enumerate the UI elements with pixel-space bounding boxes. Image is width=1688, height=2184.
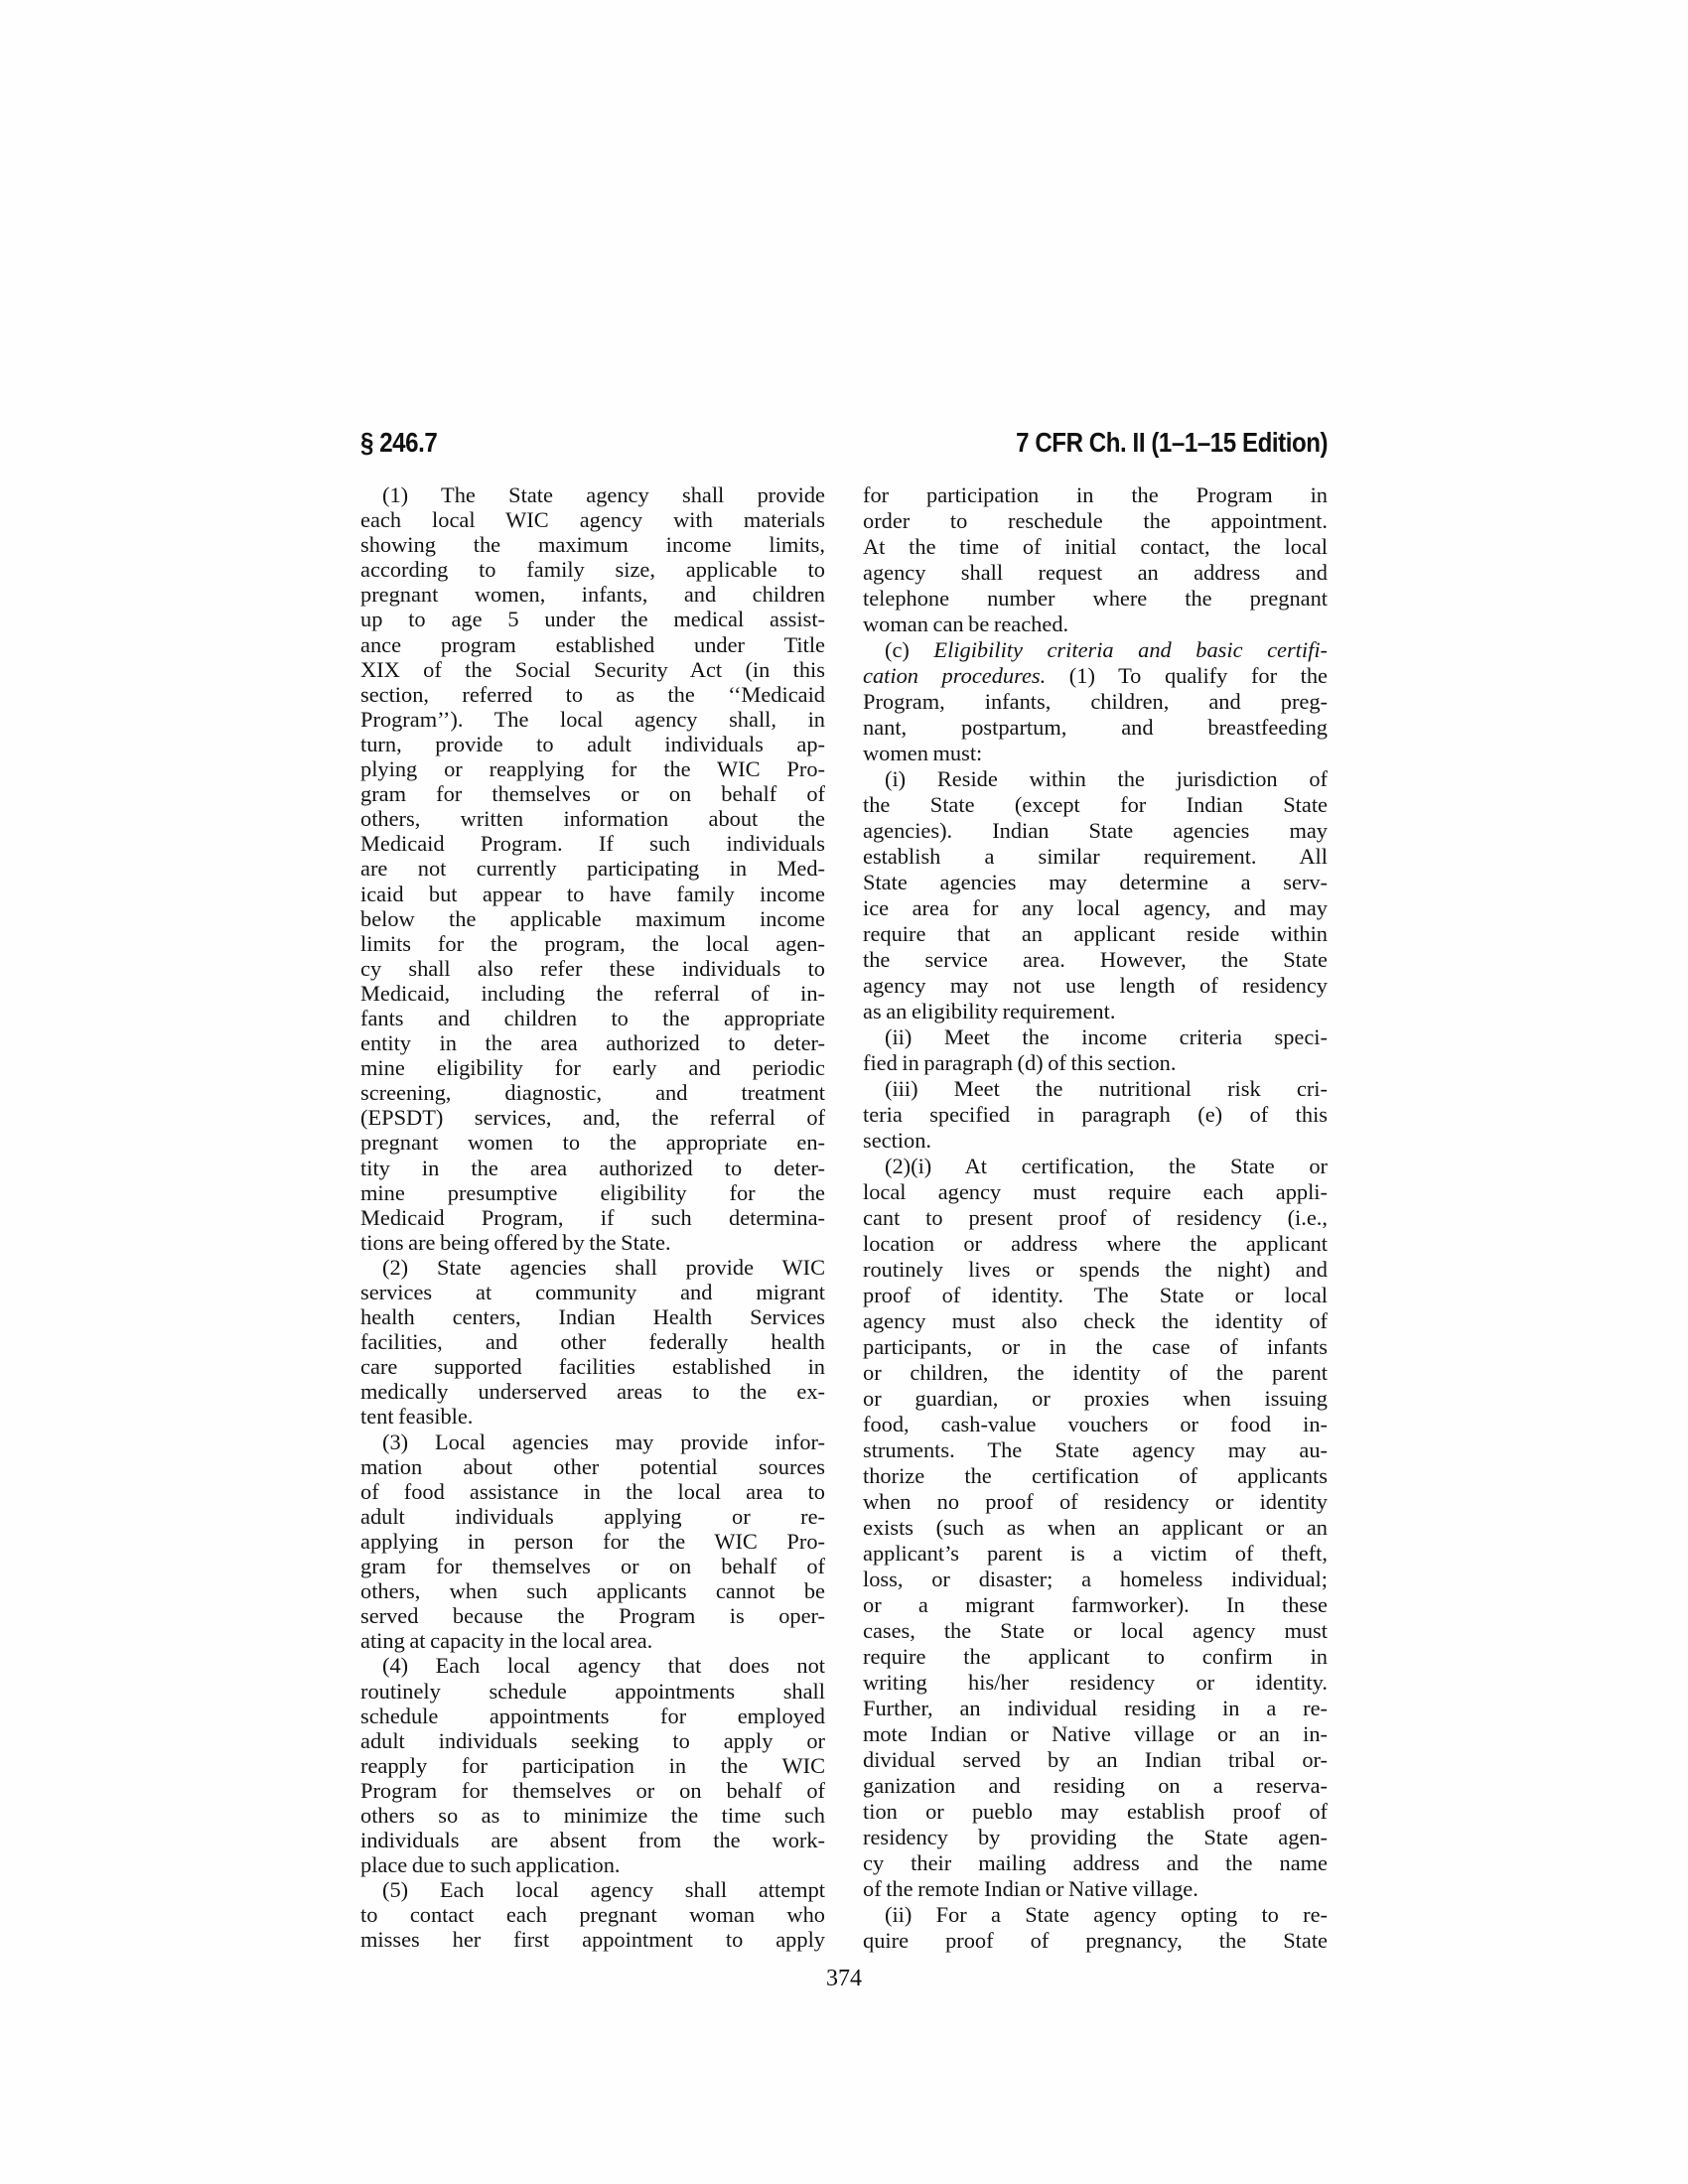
text-line: or a migrant farmworker). In these bbox=[863, 1592, 1328, 1618]
text-line: (1) The State agency shall provide bbox=[360, 482, 825, 507]
text-line: (2)(i) At certification, the State or bbox=[863, 1154, 1328, 1179]
text-line: facilities, and other federally health bbox=[360, 1329, 825, 1354]
text-line: screening, diagnostic, and treatment bbox=[360, 1080, 825, 1105]
text-line: (4) Each local agency that does not bbox=[360, 1653, 825, 1678]
text-line: icaid but appear to have family income bbox=[360, 882, 825, 906]
document-page: § 246.7 7 CFR Ch. II (1–1–15 Edition) (1… bbox=[0, 0, 1688, 2184]
text-line: agencies). Indian State agencies may bbox=[863, 818, 1328, 844]
text-line: below the applicable maximum income bbox=[360, 906, 825, 931]
text-line: limits for the program, the local agen- bbox=[360, 931, 825, 956]
text-line: mine presumptive eligibility for the bbox=[360, 1180, 825, 1205]
text-line: adult individuals applying or re- bbox=[360, 1504, 825, 1529]
text-line: plying or reapplying for the WIC Pro- bbox=[360, 756, 825, 781]
text-line: woman can be reached. bbox=[863, 612, 1328, 637]
text-line: (ii) Meet the income criteria speci- bbox=[863, 1024, 1328, 1050]
text-line: services at community and migrant bbox=[360, 1280, 825, 1304]
text-line: routinely lives or spends the night) and bbox=[863, 1257, 1328, 1283]
text-line: others, written information about the bbox=[360, 806, 825, 831]
text-line: schedule appointments for employed bbox=[360, 1704, 825, 1728]
text-line: (EPSDT) services, and, the referral of bbox=[360, 1105, 825, 1130]
text-line: or guardian, or proxies when issuing bbox=[863, 1386, 1328, 1412]
text-line: require that an applicant reside within bbox=[863, 921, 1328, 947]
text-line: residency by providing the State agen- bbox=[863, 1825, 1328, 1850]
page-number: 374 bbox=[0, 1966, 1688, 1992]
text-line: routinely schedule appointments shall bbox=[360, 1679, 825, 1704]
text-line: agency shall request an address and bbox=[863, 560, 1328, 586]
text-line: section, referred to as the ‘‘Medicaid bbox=[360, 682, 825, 707]
line-prefix: (c) bbox=[885, 637, 933, 662]
text-line: fied in paragraph (d) of this section. bbox=[863, 1050, 1328, 1076]
text-line: each local WIC agency with materials bbox=[360, 507, 825, 532]
text-line: (5) Each local agency shall attempt bbox=[360, 1877, 825, 1902]
text-line: pregnant women, infants, and children bbox=[360, 582, 825, 607]
text-line: cy shall also refer these individuals to bbox=[360, 956, 825, 981]
text-line: Medicaid Program, if such determina- bbox=[360, 1205, 825, 1230]
text-line: food, cash-value vouchers or food in- bbox=[863, 1412, 1328, 1437]
italic-heading: cation procedures. bbox=[863, 663, 1046, 688]
text-line: of food assistance in the local area to bbox=[360, 1479, 825, 1504]
text-line: cy their mailing address and the name bbox=[863, 1850, 1328, 1876]
text-line: exists (such as when an applicant or an bbox=[863, 1515, 1328, 1541]
text-line: (2) State agencies shall provide WIC bbox=[360, 1255, 825, 1280]
text-line: (i) Reside within the jurisdiction of bbox=[863, 766, 1328, 792]
text-line: At the time of initial contact, the loca… bbox=[863, 534, 1328, 560]
text-line: proof of identity. The State or local bbox=[863, 1283, 1328, 1308]
text-line: applicant’s parent is a victim of theft, bbox=[863, 1541, 1328, 1567]
text-line: individuals are absent from the work- bbox=[360, 1828, 825, 1852]
text-line: establish a similar requirement. All bbox=[863, 844, 1328, 870]
text-line: ganization and residing on a reserva- bbox=[863, 1773, 1328, 1799]
text-line: Medicaid, including the referral of in- bbox=[360, 981, 825, 1006]
cfr-edition-header: 7 CFR Ch. II (1–1–15 Edition) bbox=[1016, 427, 1328, 459]
text-line: order to reschedule the appointment. bbox=[863, 508, 1328, 534]
text-line: State agencies may determine a serv- bbox=[863, 870, 1328, 895]
text-line: require the applicant to confirm in bbox=[863, 1644, 1328, 1670]
text-line: to contact each pregnant woman who bbox=[360, 1902, 825, 1927]
text-line: the service area. However, the State bbox=[863, 947, 1328, 973]
text-line: agency must also check the identity of bbox=[863, 1308, 1328, 1334]
text-line: or children, the identity of the parent bbox=[863, 1360, 1328, 1386]
text-line: (ii) For a State agency opting to re- bbox=[863, 1902, 1328, 1928]
text-line: others, when such applicants cannot be bbox=[360, 1578, 825, 1603]
text-line: ating at capacity in the local area. bbox=[360, 1628, 825, 1653]
text-line: of the remote Indian or Native village. bbox=[863, 1876, 1328, 1902]
text-line: telephone number where the pregnant bbox=[863, 586, 1328, 612]
text-line: others so as to minimize the time such bbox=[360, 1803, 825, 1828]
text-line: up to age 5 under the medical assist- bbox=[360, 607, 825, 631]
text-line: location or address where the applicant bbox=[863, 1231, 1328, 1257]
text-line: gram for themselves or on behalf of bbox=[360, 1554, 825, 1578]
text-line: cant to present proof of residency (i.e.… bbox=[863, 1205, 1328, 1231]
text-line: section. bbox=[863, 1128, 1328, 1154]
text-line: loss, or disaster; a homeless individual… bbox=[863, 1567, 1328, 1592]
text-line: care supported facilities established in bbox=[360, 1354, 825, 1379]
text-line: (c) Eligibility criteria and basic certi… bbox=[863, 637, 1328, 663]
text-line: Program’’). The local agency shall, in bbox=[360, 707, 825, 732]
text-line: served because the Program is oper- bbox=[360, 1603, 825, 1628]
text-line: medically underserved areas to the ex- bbox=[360, 1379, 825, 1404]
text-line: cation procedures. (1) To qualify for th… bbox=[863, 663, 1328, 689]
text-line: Program for themselves or on behalf of bbox=[360, 1778, 825, 1803]
text-line: Medicaid Program. If such individuals bbox=[360, 831, 825, 856]
text-line: turn, provide to adult individuals ap- bbox=[360, 732, 825, 756]
text-line: mation about other potential sources bbox=[360, 1454, 825, 1479]
text-line: XIX of the Social Security Act (in this bbox=[360, 657, 825, 682]
text-line: according to family size, applicable to bbox=[360, 557, 825, 582]
text-line: are not currently participating in Med- bbox=[360, 856, 825, 881]
text-line: ice area for any local agency, and may bbox=[863, 895, 1328, 921]
text-line: nant, postpartum, and breastfeeding bbox=[863, 715, 1328, 741]
text-line: misses her first appointment to apply bbox=[360, 1927, 825, 1952]
text-line: the State (except for Indian State bbox=[863, 792, 1328, 818]
left-text-column: (1) The State agency shall provideeach l… bbox=[360, 482, 825, 1953]
text-line: health centers, Indian Health Services bbox=[360, 1304, 825, 1329]
text-line: when no proof of residency or identity bbox=[863, 1489, 1328, 1515]
text-line: quire proof of pregnancy, the State bbox=[863, 1928, 1328, 1954]
text-line: (3) Local agencies may provide infor- bbox=[360, 1430, 825, 1454]
text-line: tent feasible. bbox=[360, 1404, 825, 1429]
text-line: struments. The State agency may au- bbox=[863, 1437, 1328, 1463]
text-line: teria specified in paragraph (e) of this bbox=[863, 1102, 1328, 1128]
right-text-column: for participation in the Program inorder… bbox=[863, 482, 1328, 1954]
text-line: (iii) Meet the nutritional risk cri- bbox=[863, 1076, 1328, 1102]
text-line: gram for themselves or on behalf of bbox=[360, 781, 825, 806]
text-line: showing the maximum income limits, bbox=[360, 532, 825, 557]
text-line: adult individuals seeking to apply or bbox=[360, 1728, 825, 1753]
text-line: as an eligibility requirement. bbox=[863, 999, 1328, 1024]
text-line: participants, or in the case of infants bbox=[863, 1334, 1328, 1360]
text-line: pregnant women to the appropriate en- bbox=[360, 1130, 825, 1155]
text-line: local agency must require each appli- bbox=[863, 1179, 1328, 1205]
text-line: fants and children to the appropriate bbox=[360, 1006, 825, 1030]
text-line: entity in the area authorized to deter- bbox=[360, 1030, 825, 1055]
text-line: writing his/her residency or identity. bbox=[863, 1670, 1328, 1696]
text-line: agency may not use length of residency bbox=[863, 973, 1328, 999]
text-line: dividual served by an Indian tribal or- bbox=[863, 1747, 1328, 1773]
text-line: Program, infants, children, and preg- bbox=[863, 689, 1328, 715]
text-line: mote Indian or Native village or an in- bbox=[863, 1721, 1328, 1747]
text-line: place due to such application. bbox=[360, 1852, 825, 1877]
italic-heading: Eligibility criteria and basic certifi- bbox=[933, 637, 1328, 662]
text-line: tity in the area authorized to deter- bbox=[360, 1156, 825, 1180]
section-number-header: § 246.7 bbox=[360, 427, 437, 459]
text-line: for participation in the Program in bbox=[863, 482, 1328, 508]
text-line: tion or pueblo may establish proof of bbox=[863, 1799, 1328, 1825]
text-line: tions are being offered by the State. bbox=[360, 1230, 825, 1255]
text-line: mine eligibility for early and periodic bbox=[360, 1055, 825, 1080]
text-line: reapply for participation in the WIC bbox=[360, 1753, 825, 1778]
line-suffix: (1) To qualify for the bbox=[1046, 663, 1328, 688]
text-line: ance program established under Title bbox=[360, 632, 825, 657]
text-line: Further, an individual residing in a re- bbox=[863, 1696, 1328, 1721]
text-line: thorize the certification of applicants bbox=[863, 1463, 1328, 1489]
text-line: applying in person for the WIC Pro- bbox=[360, 1529, 825, 1554]
text-line: cases, the State or local agency must bbox=[863, 1618, 1328, 1644]
text-line: women must: bbox=[863, 741, 1328, 766]
